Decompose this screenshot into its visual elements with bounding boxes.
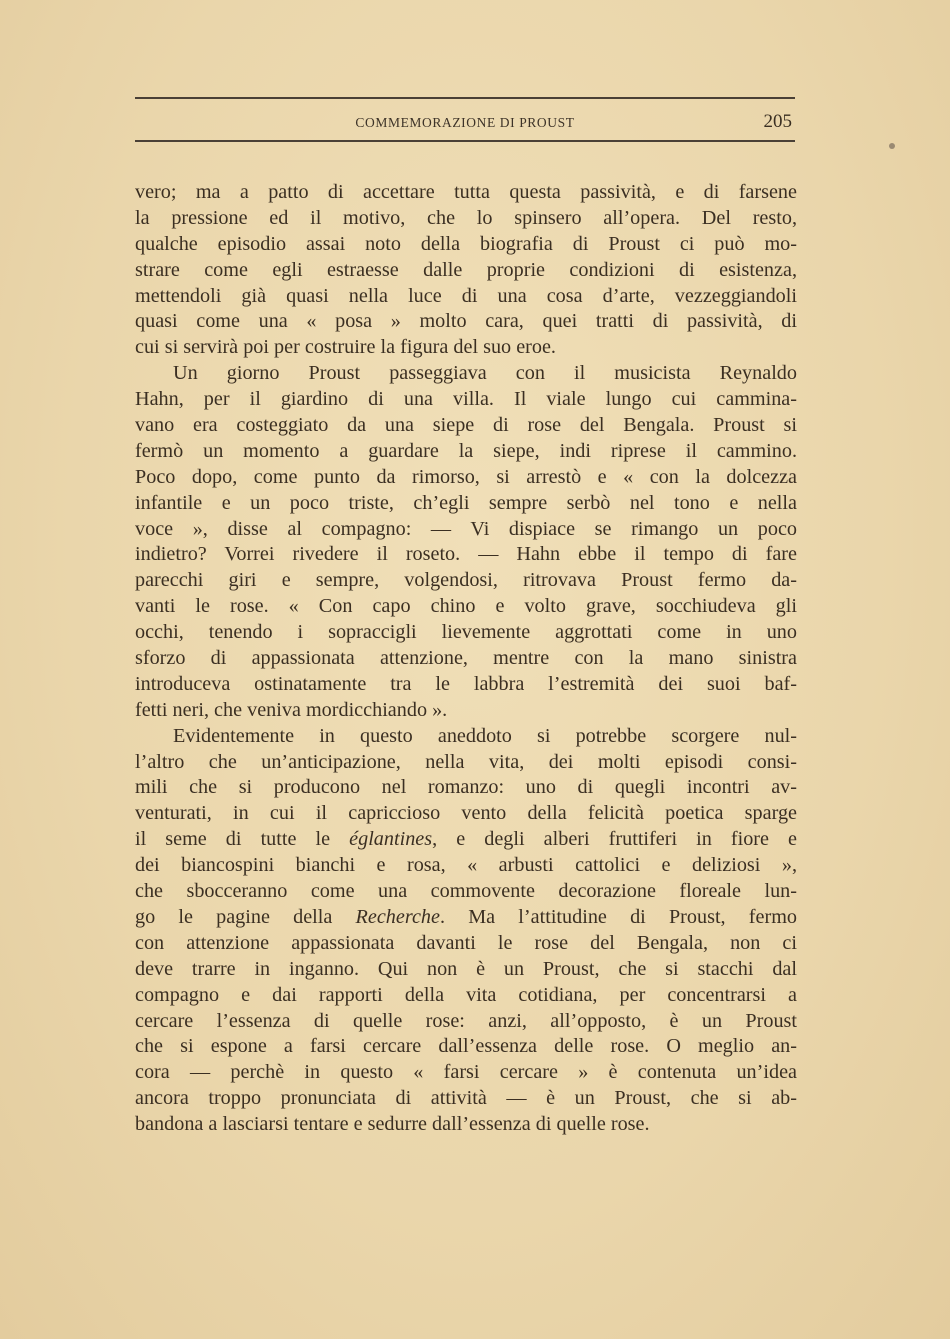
- body-text: vero; ma a patto di accettare tutta ques…: [135, 180, 797, 1138]
- running-title: COMMEMORAZIONE DI PROUST: [135, 115, 795, 131]
- text-line: occhi, tenendo i sopraccigli lievemente …: [135, 620, 797, 646]
- text-line: deve trarre in inganno. Qui non è un Pro…: [135, 957, 797, 983]
- text-line: fetti neri, che veniva mordicchiando ».: [135, 698, 797, 724]
- text-line: voce », disse al compagno: — Vi dispiace…: [135, 517, 797, 543]
- text-line: ancora troppo pronunciata di attività — …: [135, 1086, 797, 1112]
- book-page: COMMEMORAZIONE DI PROUST 205 vero; ma a …: [0, 0, 950, 1339]
- paragraph: Un giorno Proust passeggiava con il musi…: [135, 361, 797, 723]
- text-line: parecchi giri e sempre, volgendosi, ritr…: [135, 568, 797, 594]
- text-line: Hahn, per il giardino di una villa. Il v…: [135, 387, 797, 413]
- text-line: go le pagine della Recherche. Ma l’attit…: [135, 905, 797, 931]
- text-line: l’altro che un’anticipazione, nella vita…: [135, 750, 797, 776]
- text-line: vanti le rose. « Con capo chino e volto …: [135, 594, 797, 620]
- text-line: quasi come una « posa » molto cara, quei…: [135, 309, 797, 335]
- text-line: Evidentemente in questo aneddoto si potr…: [135, 724, 797, 750]
- paper-speck: [889, 143, 895, 149]
- text-line: che sbocceranno come una commovente deco…: [135, 879, 797, 905]
- text-line: mettendoli già quasi nella luce di una c…: [135, 284, 797, 310]
- page-number: 205: [764, 111, 793, 133]
- text-line: cora — perchè in questo « farsi cercare …: [135, 1060, 797, 1086]
- text-line: strare come egli estraesse dalle proprie…: [135, 258, 797, 284]
- text-line: dei biancospini bianchi e rosa, « arbust…: [135, 853, 797, 879]
- text-line: infantile e un poco triste, ch’egli semp…: [135, 491, 797, 517]
- text-line: che si espone a farsi cercare dall’essen…: [135, 1034, 797, 1060]
- text-line: il seme di tutte le églantines, e degli …: [135, 827, 797, 853]
- text-line: compagno e dai rapporti della vita cotid…: [135, 983, 797, 1009]
- text-line: sforzo di appassionata attenzione, mentr…: [135, 646, 797, 672]
- header-rule-top: [135, 97, 795, 99]
- header-rule-bottom: [135, 140, 795, 142]
- text-line: venturati, in cui il capriccioso vento d…: [135, 801, 797, 827]
- running-head: COMMEMORAZIONE DI PROUST 205: [135, 111, 795, 133]
- paragraph: vero; ma a patto di accettare tutta ques…: [135, 180, 797, 361]
- text-line: la pressione ed il motivo, che lo spinse…: [135, 206, 797, 232]
- text-line: con attenzione appassionata davanti le r…: [135, 931, 797, 957]
- text-line: vero; ma a patto di accettare tutta ques…: [135, 180, 797, 206]
- text-line: cui si servirà poi per costruire la figu…: [135, 335, 797, 361]
- text-line: fermò un momento a guardare la siepe, in…: [135, 439, 797, 465]
- paragraph: Evidentemente in questo aneddoto si potr…: [135, 724, 797, 1138]
- text-line: mili che si producono nel romanzo: uno d…: [135, 775, 797, 801]
- text-line: Poco dopo, come punto da rimorso, si arr…: [135, 465, 797, 491]
- text-line: introduceva ostinatamente tra le labbra …: [135, 672, 797, 698]
- text-line: indietro? Vorrei rivedere il roseto. — H…: [135, 542, 797, 568]
- text-line: Un giorno Proust passeggiava con il musi…: [135, 361, 797, 387]
- text-line: qualche episodio assai noto della biogra…: [135, 232, 797, 258]
- text-line: cercare l’essenza di quelle rose: anzi, …: [135, 1009, 797, 1035]
- text-line: bandona a lasciarsi tentare e sedurre da…: [135, 1112, 797, 1138]
- text-line: vano era costeggiato da una siepe di ros…: [135, 413, 797, 439]
